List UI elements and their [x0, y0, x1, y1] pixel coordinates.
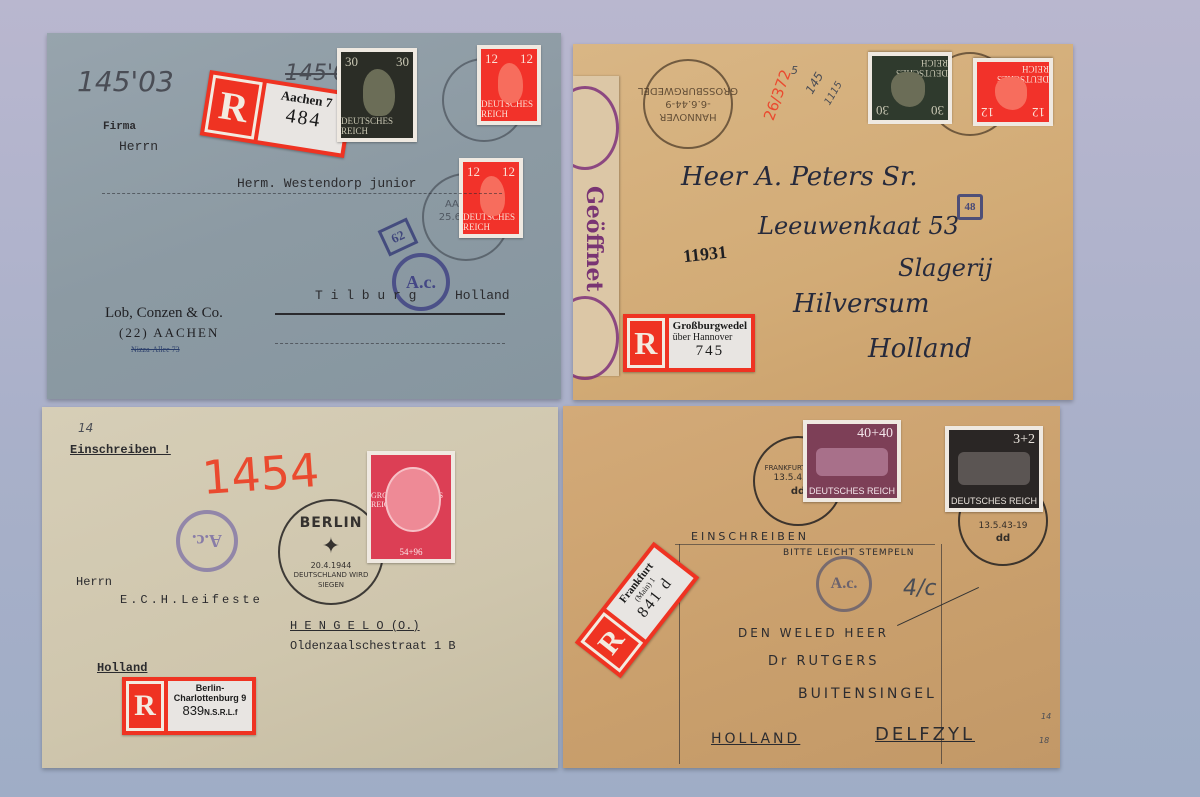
stamp-3pf-uboat: 3+2DEUTSCHES REICH	[945, 426, 1043, 512]
salutation: Herrn	[119, 139, 158, 154]
addressee-street: Leeuwenkaat 53	[758, 212, 959, 240]
censor-tape-ring-top	[573, 86, 619, 170]
handstamp-number: 11931	[682, 242, 728, 267]
envelope-frankfurt: FRANKFURT (MAIN)13.5.43-19dd 40+40DEUTSC…	[563, 406, 1060, 768]
registration-suffix: d	[656, 574, 676, 592]
registration-r-letter: R	[126, 681, 164, 731]
address-line	[102, 193, 502, 194]
corner-note-1: 14	[1041, 712, 1051, 721]
envelope-grossburgwedel: Geöffnet HANNOVER-6.6.44-9GROSSBURGWEDEL…	[573, 44, 1073, 400]
addressee-line2: Dr RUTGERS	[768, 654, 880, 669]
stamp-hitler-birthday: GROSSDEUTSCHES REICH54+96	[367, 451, 455, 563]
registration-place: Großburgwedel	[673, 320, 747, 332]
addressee-line3: Slagerij	[898, 254, 993, 282]
censor-tape: Geöffnet	[573, 76, 619, 376]
sender-name: Lob, Conzen & Co.	[105, 305, 223, 322]
addressee-country: Holland	[97, 661, 147, 675]
stamp-12pf-red: 1212DEUTSCHES REICH	[477, 45, 541, 125]
addressee-street: Oldenzaalschestraat 1 B	[290, 639, 456, 653]
addressee-city: DELFZYL	[875, 724, 975, 745]
addressee-country: HOLLAND	[711, 731, 800, 747]
red-note: 26/372	[760, 67, 795, 123]
registration-label: R Großburgwedel über Hannover 745	[623, 314, 755, 372]
addressee-country: Holland	[455, 288, 510, 303]
censor-tape-ring-bottom	[573, 296, 619, 380]
addressee-name: E.C.H.Leifeste	[120, 593, 263, 607]
stamp-30pf-green: 3030DEUTSCHES REICH	[868, 52, 952, 124]
stamp-40pf-tank: 40+40DEUTSCHES REICH	[803, 420, 901, 502]
registration-place-2: Charlottenburg 9	[172, 693, 248, 703]
firma-label: Firma	[103, 121, 136, 133]
registration-label: R Berlin- Charlottenburg 9 839N.S.R.L.f	[122, 677, 256, 735]
registration-number: 745	[673, 343, 747, 360]
pencil-note: 145'03	[77, 65, 174, 98]
pencil-note-2: 145	[803, 70, 827, 97]
addressee-line1: DEN WELED HEER	[738, 626, 889, 640]
addressee-city: T i l b u r g	[315, 288, 416, 303]
stamp-12pf-red: 1212DEUTSCHES REICH	[973, 58, 1053, 126]
sender-city: (22) AACHEN	[119, 325, 219, 341]
registration-place: Berlin-	[172, 683, 248, 693]
salutation: Herrn	[76, 575, 112, 589]
corner-note-2: 18	[1039, 736, 1049, 745]
underline	[275, 313, 505, 315]
censor-ring-stamp: A.c.	[176, 510, 238, 572]
pencil-note-3: 1115	[823, 80, 845, 108]
addressee-country: Holland	[868, 334, 972, 364]
pencil-note: 4/c	[903, 576, 937, 601]
red-note: 1454	[200, 443, 321, 505]
addressee-line3: BUITENSINGEL	[798, 686, 937, 702]
registration-r-letter: R	[204, 75, 262, 140]
addressee-name: Heer A. Peters Sr.	[681, 162, 918, 192]
registration-suffix: N.S.R.L.f	[204, 708, 237, 717]
censor-tape-label: Geöffnet	[581, 186, 607, 292]
postmark-grossburgwedel: HANNOVER-6.6.44-9GROSSBURGWEDEL	[643, 59, 733, 149]
address-line-2	[275, 343, 505, 344]
addressee-city: H E N G E L O (O.)	[290, 619, 420, 633]
registration-label: R Frankfurt (Main) 1 841 d	[575, 542, 700, 679]
registration-place-2: über Hannover	[673, 332, 747, 343]
pencil-note: 14	[78, 421, 93, 435]
censor-ring-stamp: A.c.	[816, 556, 872, 612]
envelope-aachen: 145'03 145'03 R Aachen 7 484 AACHEN25.6.…	[47, 33, 561, 399]
einschreiben-header: EINSCHREIBEN	[691, 530, 809, 543]
stamp-12pf-red-2: 1212DEUTSCHES REICH	[459, 158, 523, 238]
registration-number: 839	[182, 703, 204, 718]
addressee-name: Herm. Westendorp junior	[237, 176, 416, 191]
sender-street-struck: Nizza-Allee 73	[131, 345, 180, 354]
pencil-note-1: 5	[791, 64, 798, 77]
registration-r-letter: R	[627, 318, 665, 368]
stamp-30pf-black: 3030DEUTSCHES REICH	[337, 48, 417, 142]
envelope-berlin: 14 Einschreiben ! 1454 A.c. BERLIN ✦ 20.…	[42, 407, 558, 768]
header-underline	[675, 544, 935, 545]
censor-box-stamp: 62	[378, 218, 419, 257]
addressee-city: Hilversum	[793, 289, 930, 319]
censor-box-stamp: 48	[957, 194, 983, 220]
einschreiben-header: Einschreiben !	[70, 443, 171, 457]
